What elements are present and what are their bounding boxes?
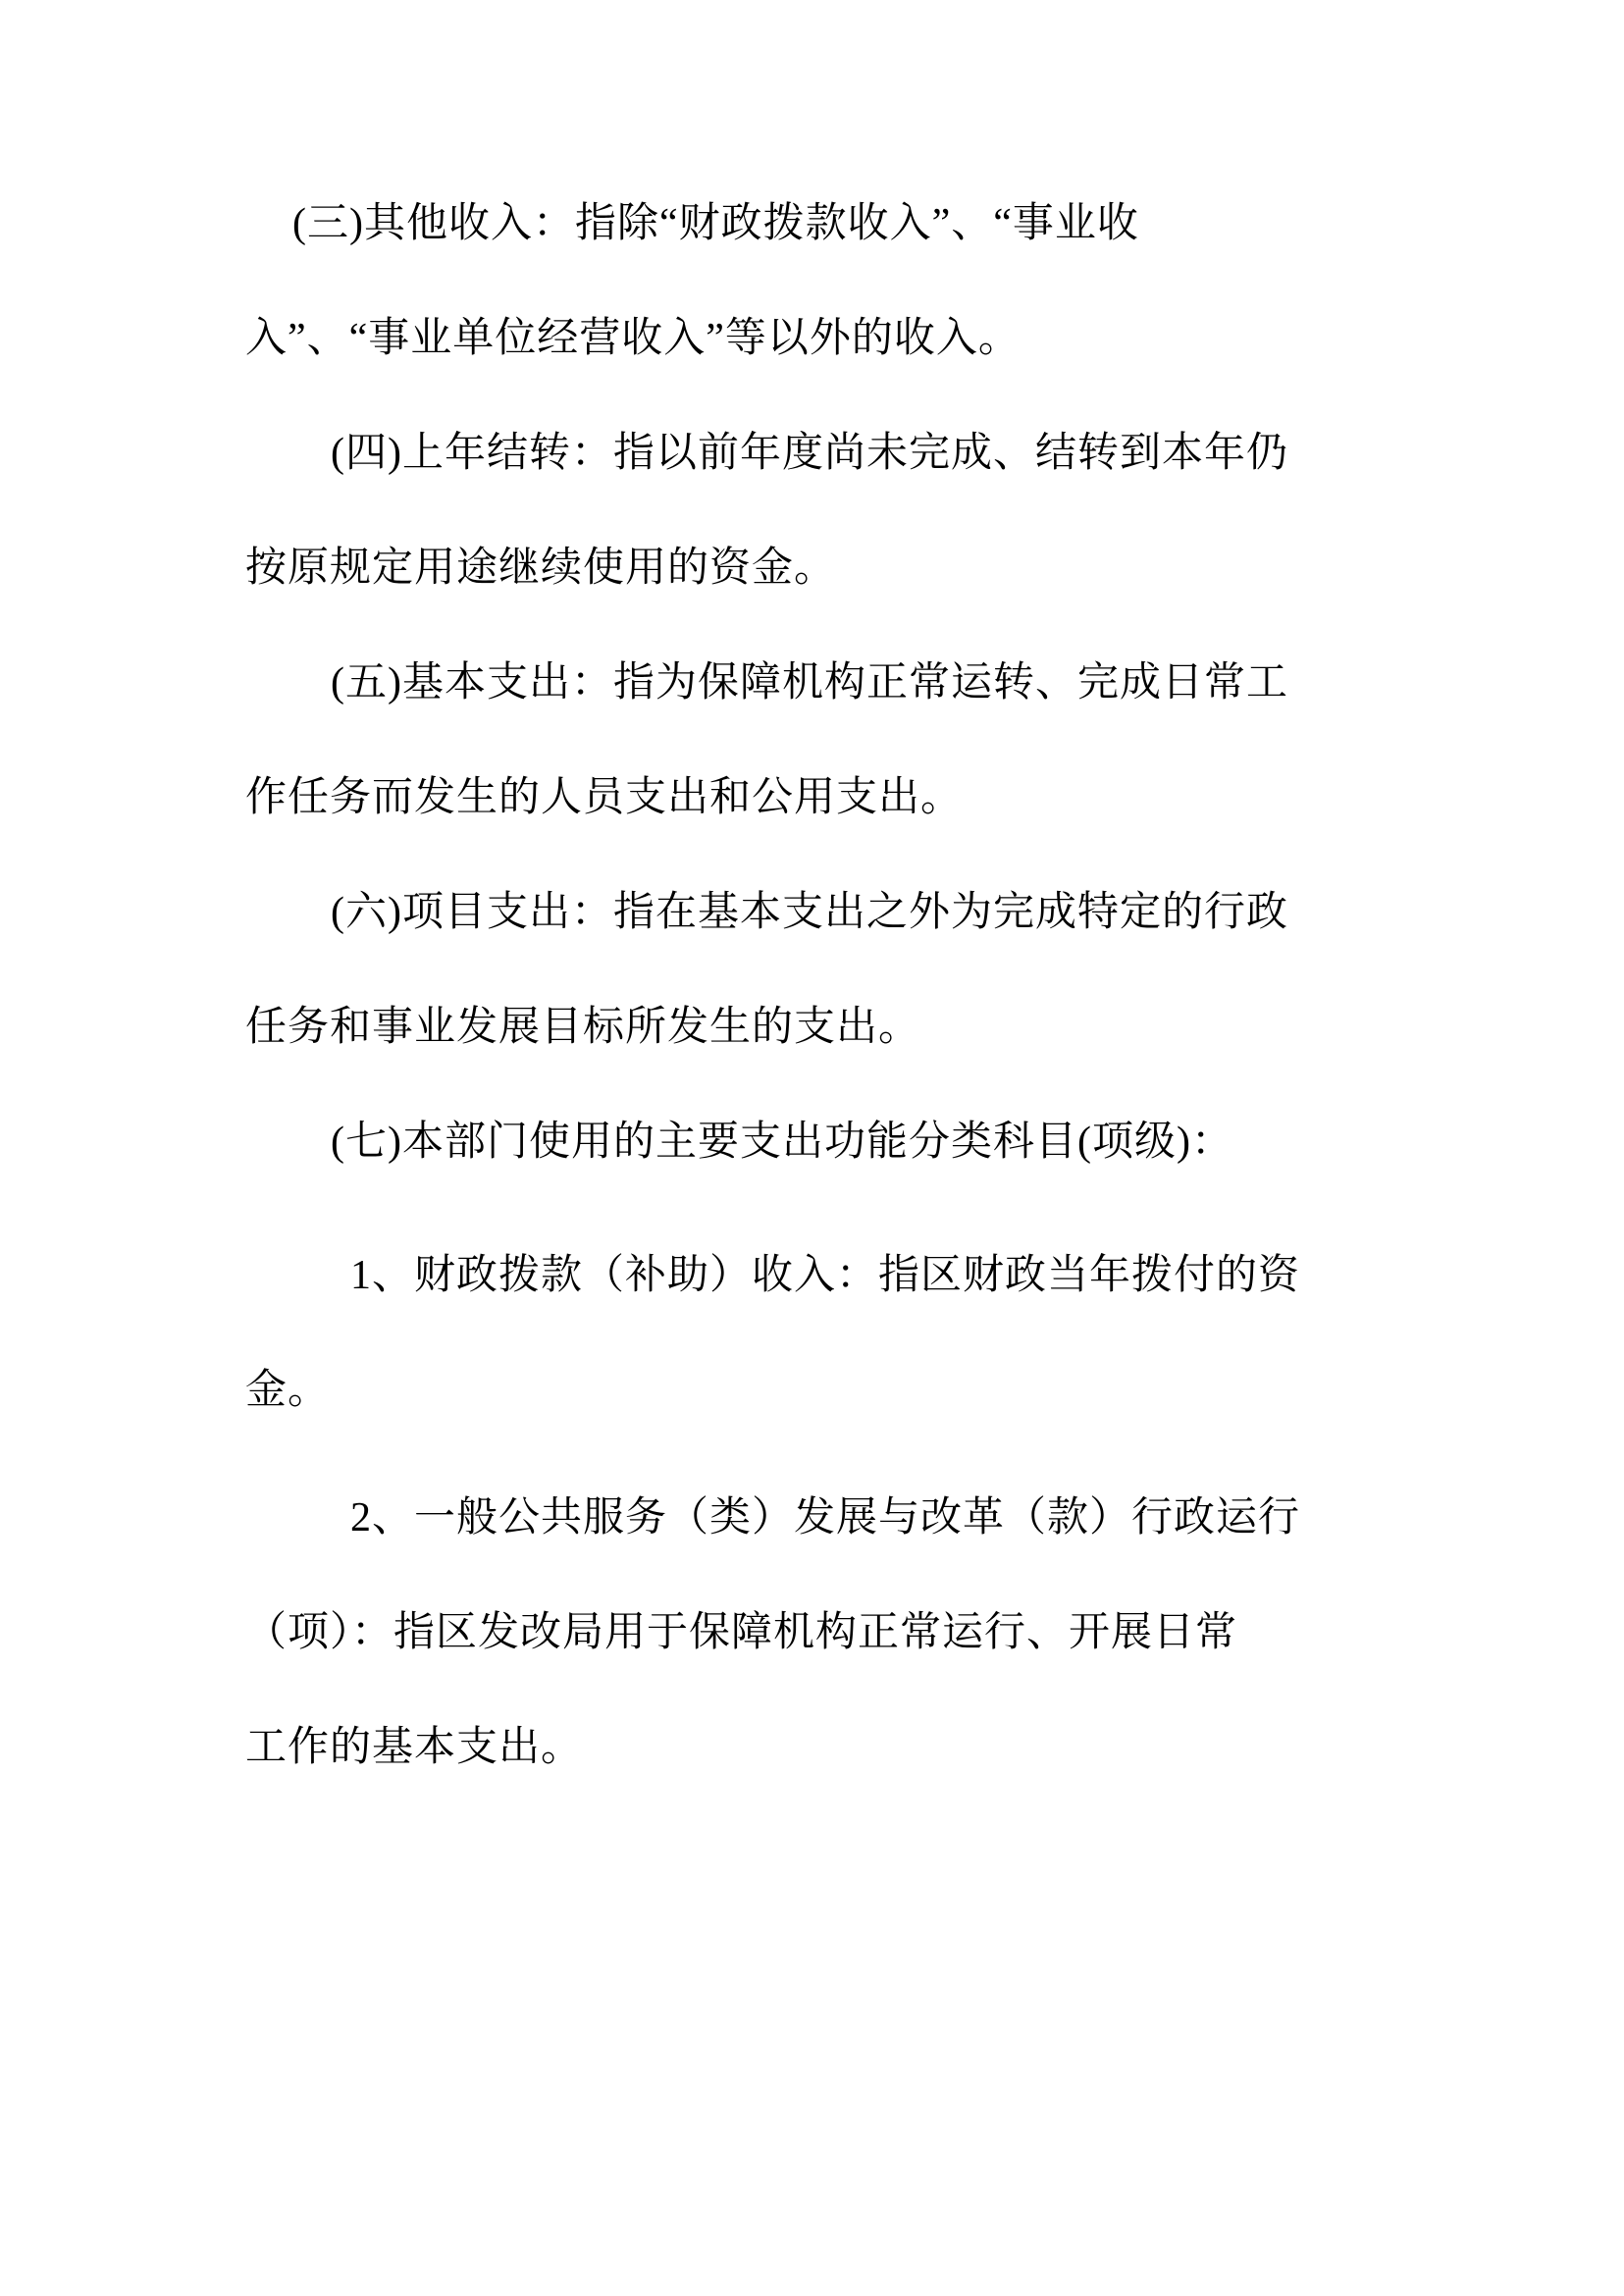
doc-line-12: 2、一般公共服务（类）发展与改革（款）行政运行 — [245, 1461, 1467, 1576]
doc-line-2: 入”、“事业单位经营收入”等以外的收入。 — [245, 282, 1467, 396]
doc-line-9: (七)本部门使用的主要支出功能分类科目(项级)： — [245, 1085, 1467, 1200]
document-page: (三)其他收入：指除“财政拨款收入”、“事业收 入”、“事业单位经营收入”等以外… — [0, 0, 1624, 2296]
doc-line-13: （项）：指区发改局用于保障机构正常运行、开展日常 — [245, 1576, 1467, 1691]
doc-line-7: (六)项目支出：指在基本支出之外为完成特定的行政 — [245, 856, 1467, 970]
doc-line-8: 任务和事业发展目标所发生的支出。 — [245, 970, 1467, 1085]
doc-line-11: 金。 — [245, 1333, 1467, 1448]
doc-line-14: 工作的基本支出。 — [245, 1691, 1467, 1805]
doc-line-5: (五)基本支出：指为保障机构正常运转、完成日常工 — [245, 626, 1467, 741]
doc-line-6: 作任务而发生的人员支出和公用支出。 — [245, 741, 1467, 856]
doc-line-4: 按原规定用途继续使用的资金。 — [245, 511, 1467, 626]
document-body: (三)其他收入：指除“财政拨款收入”、“事业收 入”、“事业单位经营收入”等以外… — [245, 167, 1467, 1805]
doc-line-10: 1、财政拨款（补助）收入：指区财政当年拨付的资 — [245, 1219, 1467, 1333]
doc-line-1: (三)其他收入：指除“财政拨款收入”、“事业收 — [245, 167, 1467, 282]
doc-line-3: (四)上年结转：指以前年度尚未完成、结转到本年仍 — [245, 396, 1467, 511]
